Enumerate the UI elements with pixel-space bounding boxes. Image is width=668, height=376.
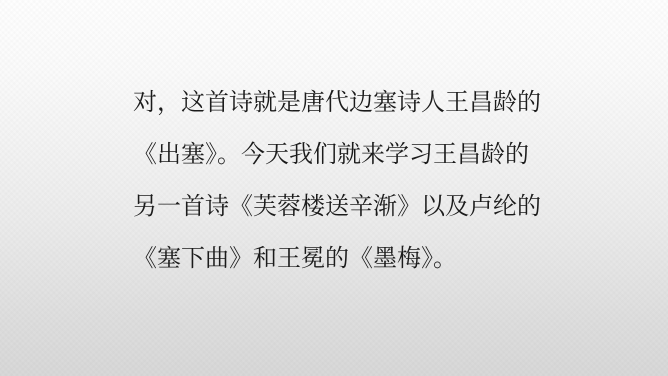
text-line-2: 《出塞》。今天我们就来学习王昌龄的: [133, 129, 553, 181]
text-line-1: 对，这首诗就是唐代边塞诗人王昌龄的: [133, 77, 553, 129]
text-line-3: 另一首诗《芙蓉楼送辛渐》以及卢纶的: [133, 181, 553, 233]
text-line-4: 《塞下曲》和王冕的《墨梅》。: [133, 233, 553, 285]
slide-canvas: 对，这首诗就是唐代边塞诗人王昌龄的 《出塞》。今天我们就来学习王昌龄的 另一首诗…: [0, 0, 668, 376]
slide-text-block: 对，这首诗就是唐代边塞诗人王昌龄的 《出塞》。今天我们就来学习王昌龄的 另一首诗…: [133, 77, 553, 285]
